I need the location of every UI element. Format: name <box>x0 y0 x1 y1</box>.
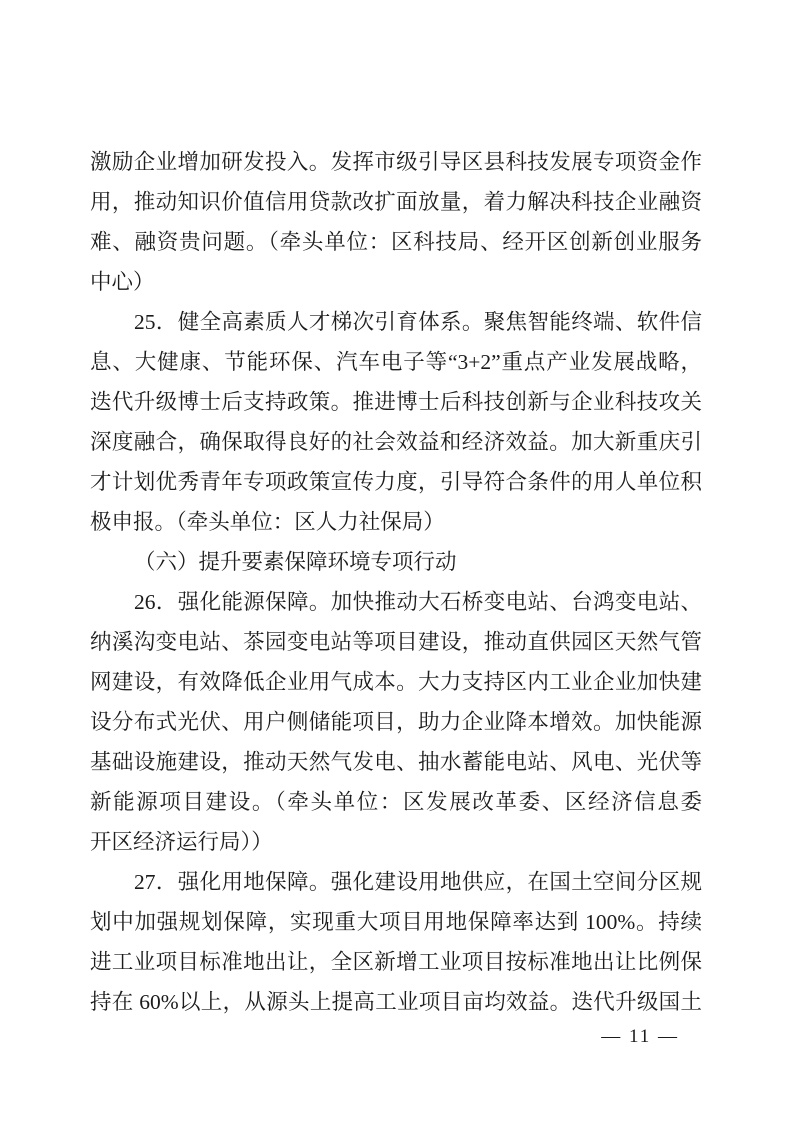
document-line: 基础设施建设，推动天然气发电、抽水蓄能电站、风电、光伏等 <box>90 742 702 782</box>
document-line: 网建设，有效降低企业用气成本。大力支持区内工业企业加快建 <box>90 662 702 702</box>
document-line: 才计划优秀青年专项政策宣传力度，引导符合条件的用人单位积 <box>90 462 702 502</box>
document-line: 难、融资贵问题。（牵头单位：区科技局、经开区创新创业服务 <box>90 222 702 262</box>
page-number: — 11 — <box>0 1026 793 1048</box>
document-page: 激励企业增加研发投入。发挥市级引导区县科技发展专项资金作 用，推动知识价值信用贷… <box>0 0 793 1122</box>
text-block: 激励企业增加研发投入。发挥市级引导区县科技发展专项资金作 用，推动知识价值信用贷… <box>90 142 702 1022</box>
document-line: 中心） <box>90 262 702 302</box>
document-line: 设分布式光伏、用户侧储能项目，助力企业降本增效。加快能源 <box>90 702 702 742</box>
document-line: 26．强化能源保障。加快推动大石桥变电站、台鸿变电站、 <box>90 582 702 622</box>
document-line: 息、大健康、节能环保、汽车电子等“3+2”重点产业发展战略， <box>90 342 702 382</box>
document-line: 新能源项目建设。（牵头单位：区发展改革委、区经济信息委（经 <box>90 782 702 822</box>
document-line: 25．健全高素质人才梯次引育体系。聚焦智能终端、软件信 <box>90 302 702 342</box>
document-line: 持在 60%以上，从源头上提高工业项目亩均效益。迭代升级国土 <box>90 982 702 1022</box>
document-line: 划中加强规划保障，实现重大项目用地保障率达到 100%。持续推 <box>90 902 702 942</box>
document-line: 迭代升级博士后支持政策。推进博士后科技创新与企业科技攻关 <box>90 382 702 422</box>
document-line: 极申报。（牵头单位：区人力社保局） <box>90 502 702 542</box>
document-line: 开区经济运行局）） <box>90 822 702 862</box>
document-line: 纳溪沟变电站、茶园变电站等项目建设，推动直供园区天然气管 <box>90 622 702 662</box>
document-line: 激励企业增加研发投入。发挥市级引导区县科技发展专项资金作 <box>90 142 702 182</box>
section-heading: （六）提升要素保障环境专项行动 <box>90 542 702 582</box>
document-line: 27．强化用地保障。强化建设用地供应，在国土空间分区规 <box>90 862 702 902</box>
document-line: 深度融合，确保取得良好的社会效益和经济效益。加大新重庆引 <box>90 422 702 462</box>
document-line: 进工业项目标准地出让，全区新增工业项目按标准地出让比例保 <box>90 942 702 982</box>
document-line: 用，推动知识价值信用贷款改扩面放量，着力解决科技企业融资 <box>90 182 702 222</box>
